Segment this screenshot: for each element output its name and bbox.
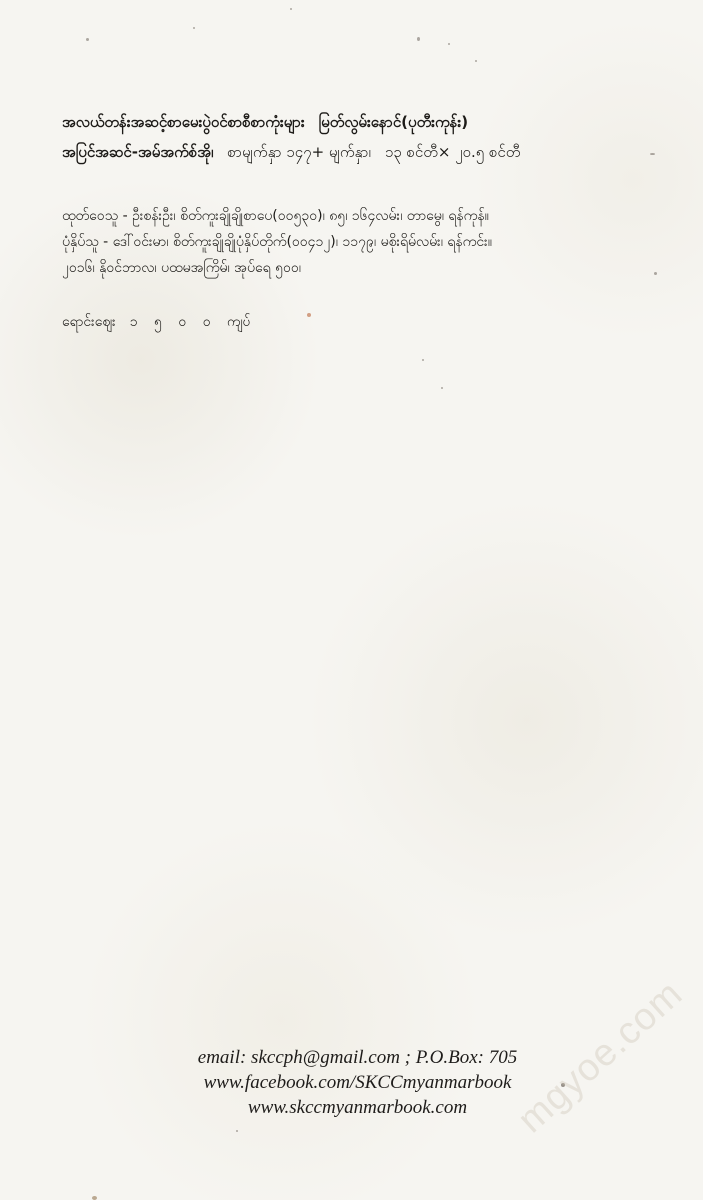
publication-details: ထုတ်ဝေသူ - ဦးစန်းဦး၊ စိတ်ကူးချိုချိုစာပေ…	[62, 203, 693, 281]
title-line: အလယ်တန်းအဆင့်စာမေးပွဲဝင်စာစီစာကုံးများမြ…	[62, 107, 693, 137]
publisher-line: ထုတ်ဝေသူ - ဦးစန်းဦး၊ စိတ်ကူးချိုချိုစာပေ…	[62, 203, 693, 229]
spec-line: အပြင်အဆင်-အမ်အက်စ်အို၊စာမျက်နှာ ၁၄၇+ မျက…	[62, 137, 693, 167]
paper-speck	[475, 60, 477, 62]
paper-speck	[422, 359, 424, 361]
title-block: အလယ်တန်းအဆင့်စာမေးပွဲဝင်စာစီစာကုံးများမြ…	[62, 107, 693, 167]
price-label: ရောင်းဈေး	[62, 314, 116, 330]
paper-speck	[193, 27, 195, 29]
paper-speck	[417, 37, 420, 41]
page-count: စာမျက်နှာ ၁၄၇+ မျက်နှာ၊	[227, 143, 370, 161]
paper-speck	[441, 387, 443, 389]
printer-line: ပုံနှိပ်သူ - ဒေါ်ဝင်းမာ၊ စိတ်ကူးချိုချို…	[62, 229, 693, 255]
email-po-box: email: skccph@gmail.com ; P.O.Box: 705	[0, 1045, 703, 1070]
facebook-link: www.facebook.com/SKCCmyanmarbook	[0, 1070, 703, 1095]
layout-credit: အပြင်အဆင်-အမ်အက်စ်အို၊	[62, 143, 213, 161]
edition-line: ၂၀၁၆၊ နိုဝင်ဘာလ၊ ပထမအကြိမ်၊ အုပ်ရေ ၅၀၀၊	[62, 255, 693, 281]
website-link: www.skccmyanmarbook.com	[0, 1095, 703, 1120]
paper-speck	[448, 43, 450, 45]
paper-speck	[92, 1196, 97, 1200]
book-size: ၁၃ စင်တီ× ၂၀.၅ စင်တီ	[385, 143, 520, 161]
paper-speck	[86, 38, 89, 41]
paper-speck	[236, 1130, 238, 1132]
price-block: ရောင်းဈေး၁ ၅ ၀ ၀ ကျပ်	[62, 308, 693, 336]
author-name: မြတ်လွမ်းနောင်(ပုတီးကုန်း)	[319, 113, 468, 131]
paper-speck	[290, 8, 292, 10]
book-title: အလယ်တန်းအဆင့်စာမေးပွဲဝင်စာစီစာကုံးများ	[62, 113, 305, 131]
book-imprint-page: အလယ်တန်းအဆင့်စာမေးပွဲဝင်စာစီစာကုံးများမြ…	[0, 0, 703, 1200]
price-value: ၁ ၅ ၀ ၀ ကျပ်	[130, 314, 257, 330]
contact-footer: email: skccph@gmail.com ; P.O.Box: 705 w…	[0, 1045, 703, 1120]
price-line: ရောင်းဈေး၁ ၅ ၀ ၀ ကျပ်	[62, 308, 693, 336]
